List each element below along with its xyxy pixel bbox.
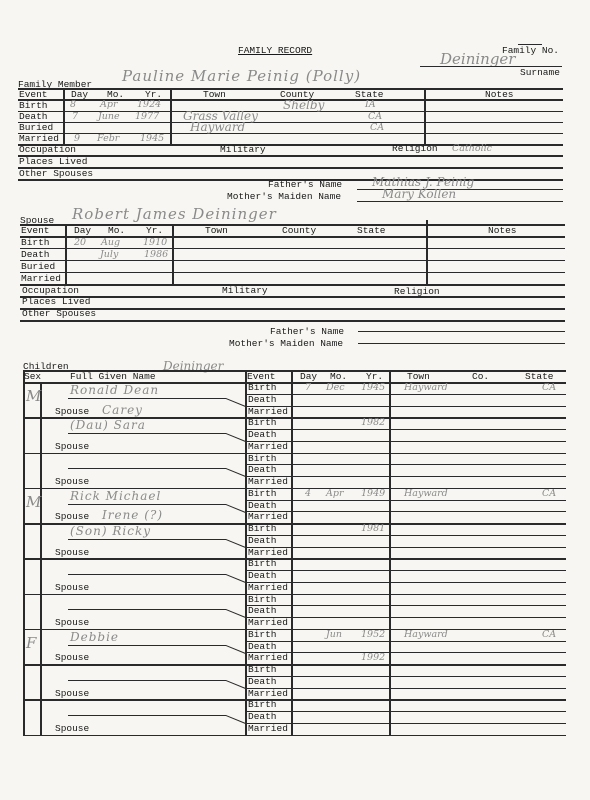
rule bbox=[245, 723, 566, 724]
rule bbox=[245, 617, 566, 618]
col-divider bbox=[63, 88, 65, 144]
child-sex: M bbox=[26, 390, 41, 402]
child-name: (Dau) Sara bbox=[70, 419, 146, 431]
event-death: Death bbox=[248, 429, 277, 440]
event-birth: Birth bbox=[248, 382, 277, 393]
col-co: Co. bbox=[472, 371, 489, 382]
child-birth-mo: Dec bbox=[326, 382, 345, 394]
rule bbox=[20, 272, 565, 273]
event-death: Death bbox=[248, 464, 277, 475]
rule bbox=[23, 453, 566, 455]
other-spouses-label: Other Spouses bbox=[19, 168, 93, 179]
col-notes: Notes bbox=[485, 89, 514, 100]
event-married: Married bbox=[248, 582, 288, 593]
rule bbox=[357, 201, 563, 202]
event-buried: Buried bbox=[19, 122, 53, 133]
child-birth-town: Hayward bbox=[404, 488, 448, 500]
military-label: Military bbox=[220, 144, 266, 155]
event-married: Married bbox=[248, 406, 288, 417]
child-birth-yr: 1981 bbox=[361, 523, 385, 535]
event-married: Married bbox=[248, 652, 288, 663]
name-connector bbox=[226, 680, 245, 689]
child-name: Debbie bbox=[70, 631, 119, 643]
col-divider bbox=[172, 224, 174, 284]
spouse-label: Spouse bbox=[55, 652, 89, 663]
col-event: Event bbox=[247, 371, 276, 382]
spouse-label: Spouse bbox=[55, 582, 89, 593]
death-day: 7 bbox=[72, 111, 78, 123]
child-sex: F bbox=[26, 637, 36, 649]
child-birth-mo: Apr bbox=[326, 488, 343, 500]
child-birth-yr: 1945 bbox=[361, 382, 385, 394]
child-married-yr: 1992 bbox=[361, 652, 385, 664]
col-state: State bbox=[525, 371, 554, 382]
col-state: State bbox=[357, 225, 386, 236]
spouse-label: Spouse bbox=[55, 441, 89, 452]
rule bbox=[68, 468, 226, 469]
col-sex: Sex bbox=[24, 371, 41, 382]
event-married: Married bbox=[19, 133, 59, 144]
rule bbox=[20, 308, 565, 310]
col-divider bbox=[389, 370, 391, 735]
name-connector bbox=[226, 398, 245, 407]
military-label: Military bbox=[222, 285, 268, 296]
rule bbox=[68, 539, 226, 540]
birth-day: 8 bbox=[70, 99, 76, 111]
col-event: Event bbox=[19, 89, 48, 100]
col-yr: Yr. bbox=[146, 225, 163, 236]
event-birth: Birth bbox=[21, 237, 50, 248]
rule bbox=[23, 664, 566, 666]
rule bbox=[245, 711, 566, 712]
event-married: Married bbox=[248, 476, 288, 487]
spouse-label: Spouse bbox=[55, 511, 89, 522]
rule bbox=[68, 398, 226, 399]
rule bbox=[245, 605, 566, 606]
child-birth-yr: 1952 bbox=[361, 629, 385, 641]
occupation-label: Occupation bbox=[19, 144, 76, 155]
married-mo: Febr bbox=[97, 133, 119, 145]
child-name: Rick Michael bbox=[70, 490, 161, 502]
child-birth-day: 7 bbox=[305, 382, 311, 394]
event-married: Married bbox=[248, 688, 288, 699]
spouse-label: Spouse bbox=[55, 723, 89, 734]
rule bbox=[23, 699, 566, 701]
spouse-label: Spouse bbox=[55, 476, 89, 487]
rule bbox=[358, 331, 565, 332]
event-death: Death bbox=[19, 111, 48, 122]
col-town: Town bbox=[205, 225, 228, 236]
spouse-birth-day: 20 bbox=[74, 237, 86, 249]
name-connector bbox=[226, 715, 245, 724]
surname-value: Deininger bbox=[440, 53, 515, 65]
page-title: FAMILY RECORD bbox=[238, 45, 312, 56]
rule bbox=[18, 167, 563, 169]
rule bbox=[245, 406, 566, 407]
event-birth: Birth bbox=[248, 488, 277, 499]
rule bbox=[18, 155, 563, 157]
spouse-label: Spouse bbox=[55, 688, 89, 699]
rule bbox=[245, 429, 566, 430]
rule bbox=[245, 582, 566, 583]
col-divider bbox=[245, 370, 247, 735]
rule bbox=[68, 680, 226, 681]
mother-label: Mother's Maiden Name bbox=[227, 191, 341, 202]
event-death: Death bbox=[248, 605, 277, 616]
event-birth: Birth bbox=[248, 629, 277, 640]
spouse-death-mo: July bbox=[100, 249, 118, 261]
rule bbox=[23, 594, 566, 596]
rule bbox=[23, 558, 566, 560]
col-divider bbox=[170, 88, 172, 144]
rule bbox=[245, 535, 566, 536]
buried-town: Hayward bbox=[190, 121, 245, 133]
father-label: Father's Name bbox=[268, 179, 342, 190]
occupation-label: Occupation bbox=[22, 285, 79, 296]
event-married: Married bbox=[248, 617, 288, 628]
col-mo: Mo. bbox=[108, 225, 125, 236]
rule bbox=[68, 645, 226, 646]
name-connector bbox=[226, 504, 245, 513]
child-birth-yr: 1949 bbox=[361, 488, 385, 500]
spouse-death-yr: 1986 bbox=[144, 249, 168, 261]
death-yr: 1977 bbox=[135, 111, 159, 123]
child-birth-mo: Jun bbox=[326, 629, 342, 641]
birth-county: Shelby bbox=[283, 99, 324, 111]
child-birth-state: CA bbox=[542, 629, 556, 641]
col-divider bbox=[291, 370, 293, 735]
rule bbox=[20, 296, 565, 298]
rule bbox=[23, 735, 566, 737]
father-label: Father's Name bbox=[270, 326, 344, 337]
buried-state: CA bbox=[370, 122, 384, 134]
spouse-label: Spouse bbox=[55, 617, 89, 628]
married-yr: 1945 bbox=[140, 133, 164, 145]
rule bbox=[245, 547, 566, 548]
col-divider bbox=[424, 88, 426, 144]
event-married: Married bbox=[21, 273, 61, 284]
event-birth: Birth bbox=[248, 523, 277, 534]
name-connector bbox=[226, 468, 245, 477]
event-married: Married bbox=[248, 723, 288, 734]
child-birth-state: CA bbox=[542, 488, 556, 500]
religion-label: Religion bbox=[392, 143, 438, 154]
col-yr: Yr. bbox=[366, 371, 383, 382]
name-connector bbox=[226, 609, 245, 618]
child-birth-yr: 1982 bbox=[361, 417, 385, 429]
birth-mo: Apr bbox=[100, 99, 117, 111]
surname-label: Surname bbox=[520, 67, 560, 78]
col-town: Town bbox=[203, 89, 226, 100]
event-married: Married bbox=[248, 441, 288, 452]
death-mo: June bbox=[98, 111, 120, 123]
rule bbox=[20, 320, 565, 322]
col-name: Full Given Name bbox=[70, 371, 156, 382]
spouse-label: Spouse bbox=[55, 406, 89, 417]
event-married: Married bbox=[248, 547, 288, 558]
event-buried: Buried bbox=[21, 261, 55, 272]
event-death: Death bbox=[248, 676, 277, 687]
rule bbox=[245, 441, 566, 442]
child-birth-town: Hayward bbox=[404, 629, 448, 641]
col-divider bbox=[426, 220, 428, 284]
child-birth-state: CA bbox=[542, 382, 556, 394]
child-spouse: Carey bbox=[102, 404, 143, 416]
rule bbox=[20, 284, 565, 286]
event-death: Death bbox=[248, 500, 277, 511]
event-death: Death bbox=[248, 570, 277, 581]
other-spouses-label: Other Spouses bbox=[22, 308, 96, 319]
event-birth: Birth bbox=[248, 594, 277, 605]
event-birth: Birth bbox=[248, 417, 277, 428]
rule bbox=[245, 652, 566, 653]
name-connector bbox=[226, 574, 245, 583]
child-birth-town: Hayward bbox=[404, 382, 448, 394]
spouse-birth-yr: 1910 bbox=[143, 237, 167, 249]
col-notes: Notes bbox=[488, 225, 517, 236]
rule bbox=[245, 688, 566, 689]
event-birth: Birth bbox=[19, 100, 48, 111]
rule bbox=[245, 570, 566, 571]
col-mo: Mo. bbox=[330, 371, 347, 382]
religion-value: Catholic bbox=[452, 143, 492, 155]
rule bbox=[245, 676, 566, 677]
rule bbox=[245, 476, 566, 477]
mother-value: Mary Kollen bbox=[382, 188, 456, 200]
event-death: Death bbox=[248, 394, 277, 405]
child-name: Ronald Dean bbox=[70, 384, 159, 396]
rule bbox=[245, 511, 566, 512]
event-birth: Birth bbox=[248, 699, 277, 710]
event-married: Married bbox=[248, 511, 288, 522]
child-sex: M bbox=[26, 496, 41, 508]
col-divider bbox=[23, 370, 25, 735]
spouse-birth-mo: Aug bbox=[101, 237, 120, 249]
spouse-name: Robert James Deininger bbox=[72, 208, 277, 220]
event-birth: Birth bbox=[248, 664, 277, 675]
rule bbox=[68, 609, 226, 610]
event-birth: Birth bbox=[248, 558, 277, 569]
name-connector bbox=[226, 433, 245, 442]
event-death: Death bbox=[248, 711, 277, 722]
col-town: Town bbox=[407, 371, 430, 382]
birth-yr: 1924 bbox=[137, 99, 161, 111]
mother-label: Mother's Maiden Name bbox=[229, 338, 343, 349]
event-death: Death bbox=[21, 249, 50, 260]
places-lived-label: Places Lived bbox=[22, 296, 90, 307]
event-death: Death bbox=[248, 535, 277, 546]
name-connector bbox=[226, 539, 245, 548]
col-day: Day bbox=[300, 371, 317, 382]
family-member-name: Pauline Marie Peinig (Polly) bbox=[122, 70, 361, 82]
child-birth-day: 4 bbox=[305, 488, 311, 500]
child-spouse: Irene (?) bbox=[102, 509, 163, 521]
rule bbox=[245, 464, 566, 465]
col-event: Event bbox=[21, 225, 50, 236]
spouse-label: Spouse bbox=[55, 547, 89, 558]
rule bbox=[68, 715, 226, 716]
event-birth: Birth bbox=[248, 453, 277, 464]
rule bbox=[68, 574, 226, 575]
event-death: Death bbox=[248, 641, 277, 652]
rule bbox=[358, 343, 565, 344]
col-county: County bbox=[282, 225, 316, 236]
birth-state: IA bbox=[365, 99, 376, 111]
child-name: (Son) Ricky bbox=[70, 525, 151, 537]
name-connector bbox=[226, 645, 245, 654]
rule bbox=[68, 504, 226, 505]
places-lived-label: Places Lived bbox=[19, 156, 87, 167]
rule bbox=[68, 433, 226, 434]
col-divider bbox=[65, 224, 67, 284]
col-day: Day bbox=[74, 225, 91, 236]
